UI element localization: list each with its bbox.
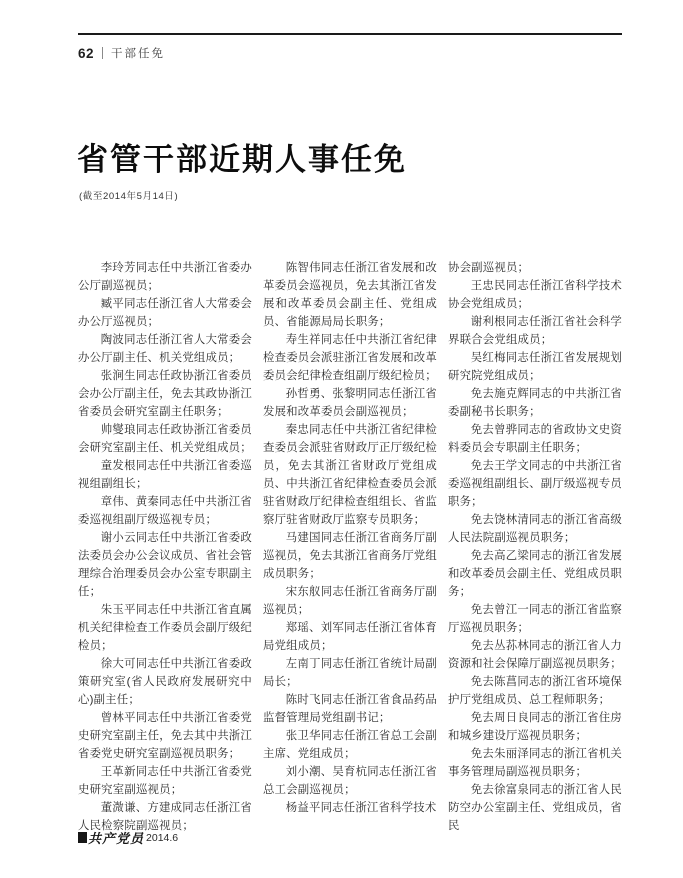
personnel-entry: 臧平同志任浙江省人大常委会办公厅巡视员； (78, 295, 252, 331)
personnel-entry: 王革新同志任中共浙江省委党史研究室副巡视员； (78, 763, 252, 799)
personnel-entry: 陈智伟同志任浙江省发展和改革委员会巡视员，免去其浙江省发展和改革委员会副主任、党… (263, 259, 437, 331)
personnel-entry: 免去曾江一同志的浙江省监察厅巡视员职务； (448, 601, 622, 637)
personnel-entry: 谢小云同志任中共浙江省委政法委员会办公会议成员、省社会管理综合治理委员会办公室专… (78, 529, 252, 601)
personnel-entry: 孙哲勇、张黎明同志任浙江省发展和改革委员会副巡视员； (263, 385, 437, 421)
personnel-entry: 吴红梅同志任浙江省发展规划研究院党组成员； (448, 349, 622, 385)
article-subtitle: (截至2014年5月14日) (79, 188, 178, 202)
page-footer: 共产党员 2014.6 (78, 828, 178, 847)
personnel-entry: 童发根同志任中共浙江省委巡视组副组长； (78, 457, 252, 493)
personnel-entry: 免去陈菖同志的浙江省环境保护厅党组成员、总工程师职务； (448, 673, 622, 709)
personnel-entry: 免去施克辉同志的中共浙江省委副秘书长职务； (448, 385, 622, 421)
magazine-logo-icon (78, 832, 87, 843)
personnel-entry: 马建国同志任浙江省商务厅副巡视员，免去其浙江省商务厅党组成员职务； (263, 529, 437, 583)
page-number: 62 (78, 46, 94, 61)
personnel-entry: 帅燮琅同志任政协浙江省委员会研究室副主任、机关党组成员； (78, 421, 252, 457)
personnel-entry: 秦忠同志任中共浙江省纪律检查委员会派驻省财政厅正厅级纪检员，免去其浙江省财政厅党… (263, 421, 437, 529)
personnel-entry: 张卫华同志任浙江省总工会副主席、党组成员； (263, 727, 437, 763)
article-title: 省管干部近期人事任免 (77, 134, 407, 179)
personnel-entry: 朱玉平同志任中共浙江省直属机关纪律检查工作委员会副厅级纪检员； (78, 601, 252, 655)
personnel-entry: 谢利根同志任浙江省社会科学界联合会党组成员； (448, 313, 622, 349)
section-label: 干部任免 (111, 45, 165, 61)
personnel-entry: 协会副巡视员； (448, 259, 622, 277)
page-header: 62 干部任免 (78, 45, 165, 61)
text-column: 李玲芳同志任中共浙江省委办公厅副巡视员；臧平同志任浙江省人大常委会办公厅巡视员；… (78, 259, 252, 834)
personnel-entry: 免去丛荪林同志的浙江省人力资源和社会保障厅副巡视员职务； (448, 637, 622, 673)
personnel-entry: 曾林平同志任中共浙江省委党史研究室副主任，免去其中共浙江省委党史研究室副巡视员职… (78, 709, 252, 763)
personnel-entry: 免去王学文同志的中共浙江省委巡视组副组长、副厅级巡视专员职务； (448, 457, 622, 511)
personnel-entry: 免去饶林清同志的浙江省高级人民法院副巡视员职务； (448, 511, 622, 547)
personnel-entry: 王忠民同志任浙江省科学技术协会党组成员； (448, 277, 622, 313)
article-body: 李玲芳同志任中共浙江省委办公厅副巡视员；臧平同志任浙江省人大常委会办公厅巡视员；… (78, 259, 622, 834)
personnel-entry: 免去周日良同志的浙江省住房和城乡建设厅巡视员职务； (448, 709, 622, 745)
personnel-entry: 宋东舣同志任浙江省商务厅副巡视员； (263, 583, 437, 619)
personnel-entry: 免去高乙梁同志的浙江省发展和改革委员会副主任、党组成员职务； (448, 547, 622, 601)
header-rule (78, 33, 622, 35)
personnel-entry: 郑瑶、刘军同志任浙江省体育局党组成员； (263, 619, 437, 655)
personnel-entry: 左南丁同志任浙江省统计局副局长； (263, 655, 437, 691)
personnel-entry: 李玲芳同志任中共浙江省委办公厅副巡视员； (78, 259, 252, 295)
personnel-entry: 张涧生同志任政协浙江省委员会办公厅副主任，免去其政协浙江省委员会研究室副主任职务… (78, 367, 252, 421)
magazine-page: 62 干部任免 省管干部近期人事任免 (截至2014年5月14日) 李玲芳同志任… (0, 0, 683, 878)
magazine-logo: 共产党员 (88, 828, 144, 847)
header-divider (102, 47, 103, 59)
personnel-entry: 陶波同志任浙江省人大常委会办公厅副主任、机关党组成员； (78, 331, 252, 367)
personnel-entry: 免去徐富泉同志的浙江省人民防空办公室副主任、党组成员，省民 (448, 781, 622, 834)
issue-label: 2014.6 (146, 832, 178, 844)
personnel-entry: 寿生祥同志任中共浙江省纪律检查委员会派驻浙江省发展和改革委员会纪律检查组副厅级纪… (263, 331, 437, 385)
personnel-entry: 免去朱丽泽同志的浙江省机关事务管理局副巡视员职务； (448, 745, 622, 781)
personnel-entry: 陈时飞同志任浙江省食品药品监督管理局党组副书记； (263, 691, 437, 727)
personnel-entry: 免去曾骅同志的省政协文史资料委员会专职副主任职务； (448, 421, 622, 457)
text-column: 协会副巡视员；王忠民同志任浙江省科学技术协会党组成员；谢利根同志任浙江省社会科学… (448, 259, 622, 834)
personnel-entry: 章伟、黄秦同志任中共浙江省委巡视组副厅级巡视专员； (78, 493, 252, 529)
personnel-entry: 刘小潮、吴育杭同志任浙江省总工会副巡视员； (263, 763, 437, 799)
personnel-entry: 徐大可同志任中共浙江省委政策研究室(省人民政府发展研究中心)副主任； (78, 655, 252, 709)
personnel-entry: 杨益平同志任浙江省科学技术 (263, 799, 437, 817)
text-column: 陈智伟同志任浙江省发展和改革委员会巡视员，免去其浙江省发展和改革委员会副主任、党… (263, 259, 437, 834)
